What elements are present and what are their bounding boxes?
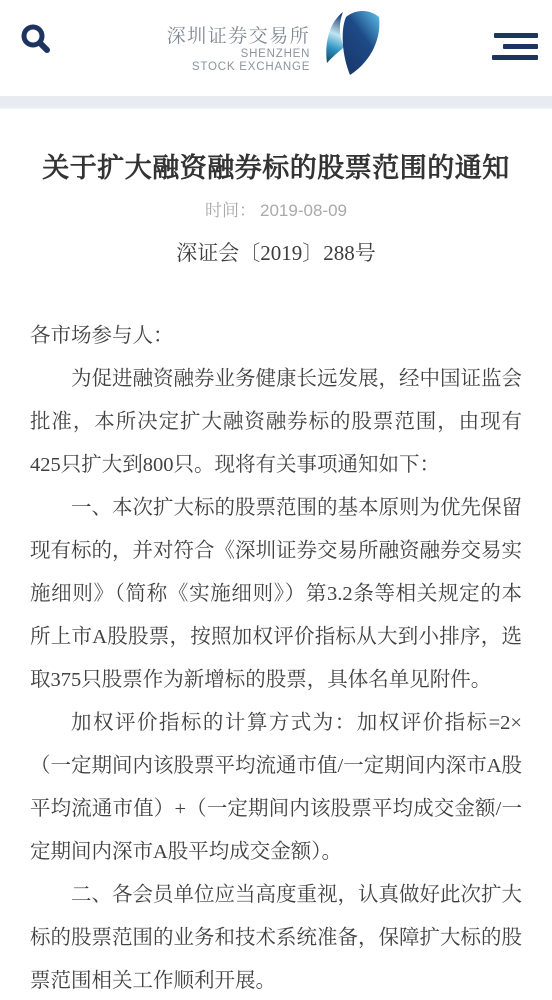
header: 深圳证券交易所 SHENZHEN STOCK EXCHANGE (0, 0, 552, 96)
hamburger-icon (494, 33, 538, 38)
logo-name-cn: 深圳证券交易所 (167, 26, 311, 48)
article: 关于扩大融资融券标的股票范围的通知 时间：2019-08-09 深证会〔2019… (0, 149, 552, 1000)
szse-logo-icon (313, 8, 385, 80)
article-title: 关于扩大融资融券标的股票范围的通知 (30, 149, 522, 187)
document-number: 深证会〔2019〕288号 (30, 239, 522, 267)
body-paragraph: 各市场参与人： (30, 315, 522, 358)
page: 深圳证券交易所 SHENZHEN STOCK EXCHANGE (0, 0, 552, 1000)
body-paragraph: 二、各会员单位应当高度重视，认真做好此次扩大标的股票范围的业务和技术系统准备，保… (30, 874, 522, 1000)
header-divider-band (0, 96, 552, 109)
logo-name-en-line2: STOCK EXCHANGE (192, 61, 310, 75)
body-paragraph: 为促进融资融券业务健康长远发展，经中国证监会批准，本所决定扩大融资融券标的股票范… (30, 358, 522, 487)
time-label: 时间： (205, 201, 256, 220)
body-paragraph: 一、本次扩大标的股票范围的基本原则为优先保留现有标的，并对符合《深圳证券交易所融… (30, 487, 522, 702)
article-body: 各市场参与人：为促进融资融券业务健康长远发展，经中国证监会批准，本所决定扩大融资… (30, 315, 522, 1000)
menu-button[interactable] (490, 28, 538, 64)
logo[interactable]: 深圳证券交易所 SHENZHEN STOCK EXCHANGE (0, 0, 552, 96)
logo-name-en-line1: SHENZHEN (241, 48, 311, 62)
time-value: 2019-08-09 (260, 201, 347, 220)
article-meta: 时间：2019-08-09 (30, 199, 522, 223)
logo-text: 深圳证券交易所 SHENZHEN STOCK EXCHANGE (167, 26, 311, 75)
body-paragraph: 加权评价指标的计算方式为：加权评价指标=2×（一定期间内该股票平均流通市值/一定… (30, 702, 522, 874)
